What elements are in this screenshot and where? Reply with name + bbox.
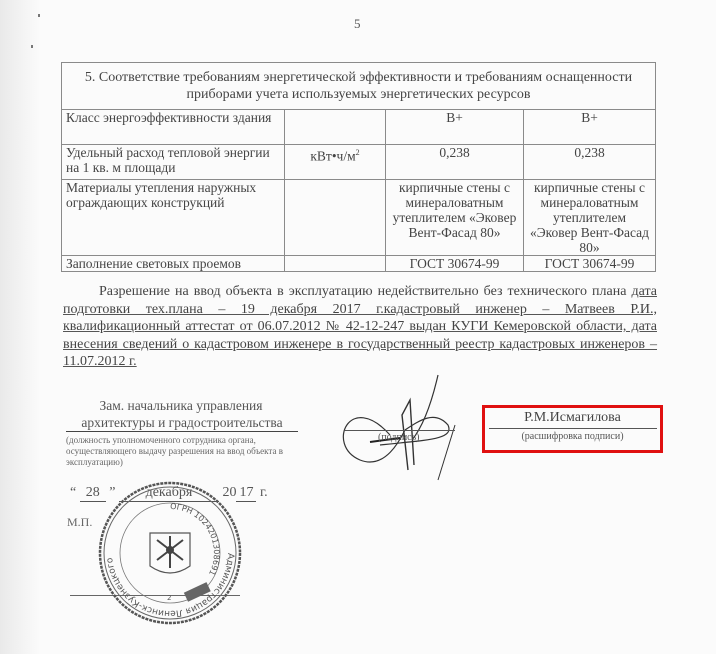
row-unit	[285, 110, 386, 145]
scan-speck	[31, 45, 33, 48]
scan-edge-shadow	[0, 0, 40, 654]
position-line-1: Зам. начальника управления	[66, 397, 296, 414]
unit-text: кВт•ч/м	[310, 149, 355, 164]
page-number: 5	[354, 16, 361, 32]
table-header-row: 5. Соответствие требованиям энергетическ…	[62, 63, 656, 110]
unit-superscript: 2	[356, 148, 360, 157]
row-unit: кВт•ч/м2	[285, 145, 386, 180]
row-actual: ГОСТ 30674-99	[524, 256, 656, 272]
signature-caption: (подпись)	[378, 432, 420, 443]
row-planned: кирпичные стены с минераловатным утеплит…	[386, 180, 524, 256]
row-planned: 0,238	[386, 145, 524, 180]
highlight-box	[482, 405, 663, 453]
date-suffix: г.	[260, 485, 268, 500]
date-open-quote: “	[70, 485, 76, 500]
table-header: 5. Соответствие требованиям энергетическ…	[62, 63, 656, 110]
table-row: Класс энергоэффективности здания B+ B+	[62, 110, 656, 145]
note-intro: Разрешение на ввод объекта в эксплуатаци…	[63, 284, 626, 299]
row-actual: B+	[524, 110, 656, 145]
svg-text:ОГРН 1024201308691: ОГРН 1024201308691	[170, 502, 221, 577]
position-line-2: архитектуры и градостроительства	[66, 414, 298, 432]
row-label: Удельный расход тепловой энергии на 1 кв…	[62, 145, 285, 180]
stamp-place-label: М.П.	[67, 515, 92, 530]
row-actual: кирпичные стены с минераловатным утеплит…	[524, 180, 656, 256]
table-row: Материалы утепления наружных ограждающих…	[62, 180, 656, 256]
row-unit	[285, 256, 386, 272]
seal-ogrn: ОГРН 1024201308691	[170, 502, 221, 577]
row-label: Класс энергоэффективности здания	[62, 110, 285, 145]
scan-speck	[38, 14, 40, 17]
row-unit	[285, 180, 386, 256]
seal-number: 2	[167, 594, 171, 602]
position-caption: (должность уполномоченного сотрудника ор…	[66, 435, 296, 468]
table-row: Удельный расход тепловой энергии на 1 кв…	[62, 145, 656, 180]
official-seal-icon: Администрация Ленинск-Кузнецкого городск…	[95, 478, 245, 628]
row-actual: 0,238	[524, 145, 656, 180]
row-planned: ГОСТ 30674-99	[386, 256, 524, 272]
row-label: Заполнение световых проемов	[62, 256, 285, 272]
row-label: Материалы утепления наружных ограждающих…	[62, 180, 285, 256]
table-row: Заполнение световых проемов ГОСТ 30674-9…	[62, 256, 656, 272]
technical-plan-note: Разрешение на ввод объекта в эксплуатаци…	[63, 283, 657, 371]
energy-efficiency-table: 5. Соответствие требованиям энергетическ…	[61, 62, 656, 272]
row-planned: B+	[386, 110, 524, 145]
signatory-position: Зам. начальника управления архитектуры и…	[66, 397, 296, 468]
signature-line	[345, 430, 455, 431]
